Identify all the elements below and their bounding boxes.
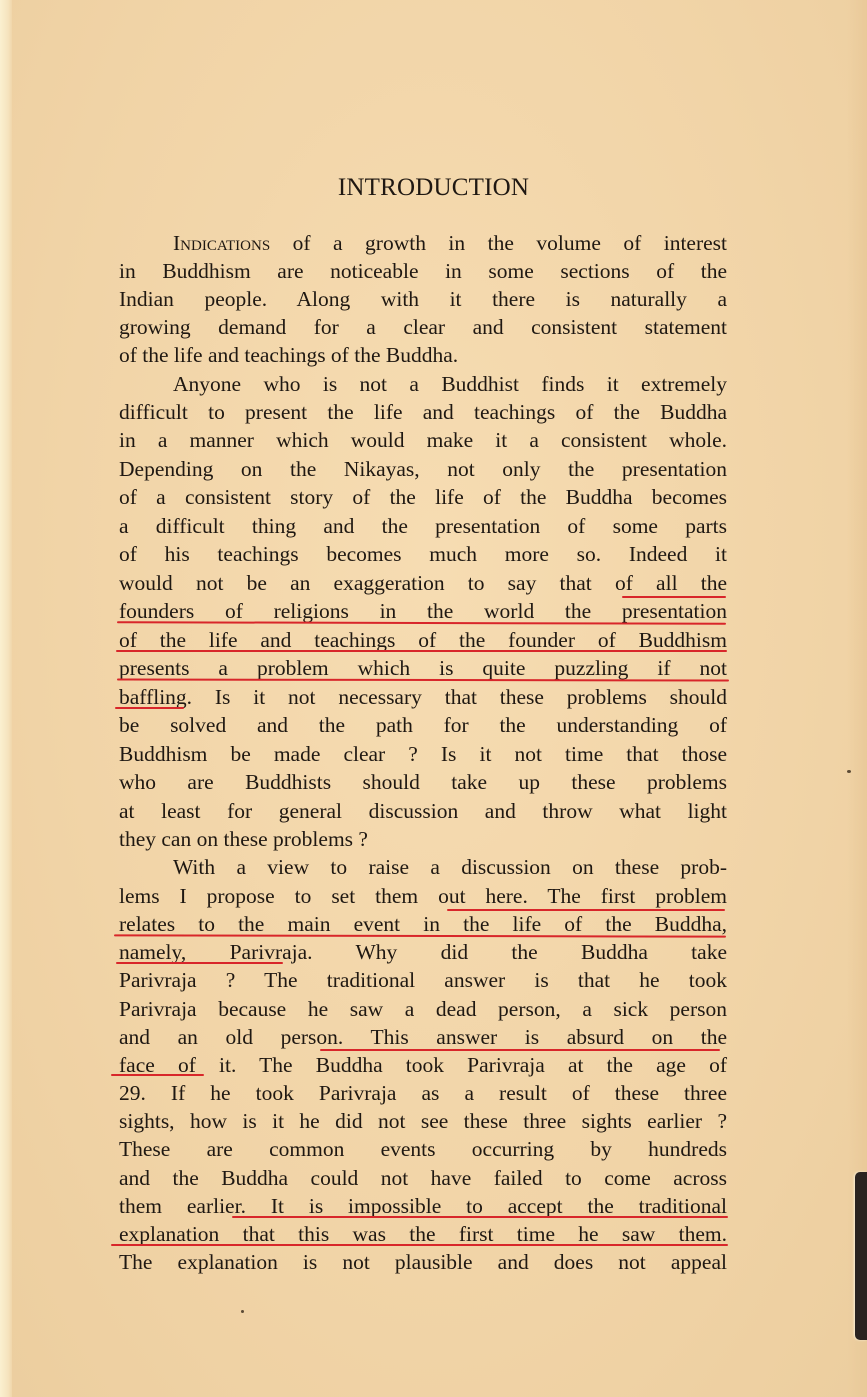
text-line: The explanation is not plausible and doe… xyxy=(119,1248,727,1276)
text-line: of his teachings becomes much more so. I… xyxy=(119,540,727,568)
text-line: would not be an exaggeration to say that… xyxy=(119,569,727,597)
binding-clip-mark xyxy=(855,1172,867,1340)
text-line: lems I propose to set them out here. The… xyxy=(119,882,727,910)
chapter-heading: INTRODUCTION xyxy=(0,172,867,204)
text-line: and the Buddha could not have failed to … xyxy=(119,1164,727,1192)
red-underline xyxy=(622,596,726,598)
lead-small-caps: Indications xyxy=(173,231,270,255)
text-line: of the life and teachings of the Buddha. xyxy=(119,341,727,369)
text-line: of a consistent story of the life of the… xyxy=(119,483,727,511)
text-line: and an old person. This answer is absurd… xyxy=(119,1023,727,1051)
paper-speck xyxy=(847,770,851,773)
paper-speck xyxy=(241,1310,244,1313)
text-line: Indications of a growth in the volume of… xyxy=(173,229,727,257)
text-line: Depending on the Nikayas, not only the p… xyxy=(119,455,727,483)
text-line: With a view to raise a discussion on the… xyxy=(173,853,727,881)
red-underline xyxy=(320,1049,720,1051)
text-line: be solved and the path for the understan… xyxy=(119,711,727,739)
page-left-edge xyxy=(0,0,12,1397)
book-page: INTRODUCTION Indications of a growth in … xyxy=(0,0,867,1397)
text-line: in a manner which would make it a consis… xyxy=(119,426,727,454)
text-line: 29. If he took Parivraja as a result of … xyxy=(119,1079,727,1107)
text-line: they can on these problems ? xyxy=(119,825,727,853)
red-underline xyxy=(232,1216,728,1218)
text-line: sights, how is it he did not see these t… xyxy=(119,1107,727,1135)
text-line: Anyone who is not a Buddhist finds it ex… xyxy=(173,370,727,398)
text-line: Parivraja because he saw a dead person, … xyxy=(119,995,727,1023)
text-line: Parivraja ? The traditional answer is th… xyxy=(119,966,727,994)
red-underline xyxy=(111,1074,204,1076)
text-line: baffling. Is it not necessary that these… xyxy=(119,683,727,711)
red-underline xyxy=(111,1244,728,1246)
red-underline xyxy=(115,707,184,709)
red-underline xyxy=(116,962,283,964)
text-line: growing demand for a clear and consisten… xyxy=(119,313,727,341)
red-underline xyxy=(116,650,727,652)
text-line: These are common events occurring by hun… xyxy=(119,1135,727,1163)
text-line: face of it. The Buddha took Parivraja at… xyxy=(119,1051,727,1079)
text-line: who are Buddhists should take up these p… xyxy=(119,768,727,796)
text-line: Indian people. Along with it there is na… xyxy=(119,285,727,313)
text-line: a difficult thing and the presentation o… xyxy=(119,512,727,540)
text-line: in Buddhism are noticeable in some secti… xyxy=(119,257,727,285)
red-underline xyxy=(447,909,725,911)
text-line: Buddhism be made clear ? Is it not time … xyxy=(119,740,727,768)
text-line: at least for general discussion and thro… xyxy=(119,797,727,825)
text-line: difficult to present the life and teachi… xyxy=(119,398,727,426)
